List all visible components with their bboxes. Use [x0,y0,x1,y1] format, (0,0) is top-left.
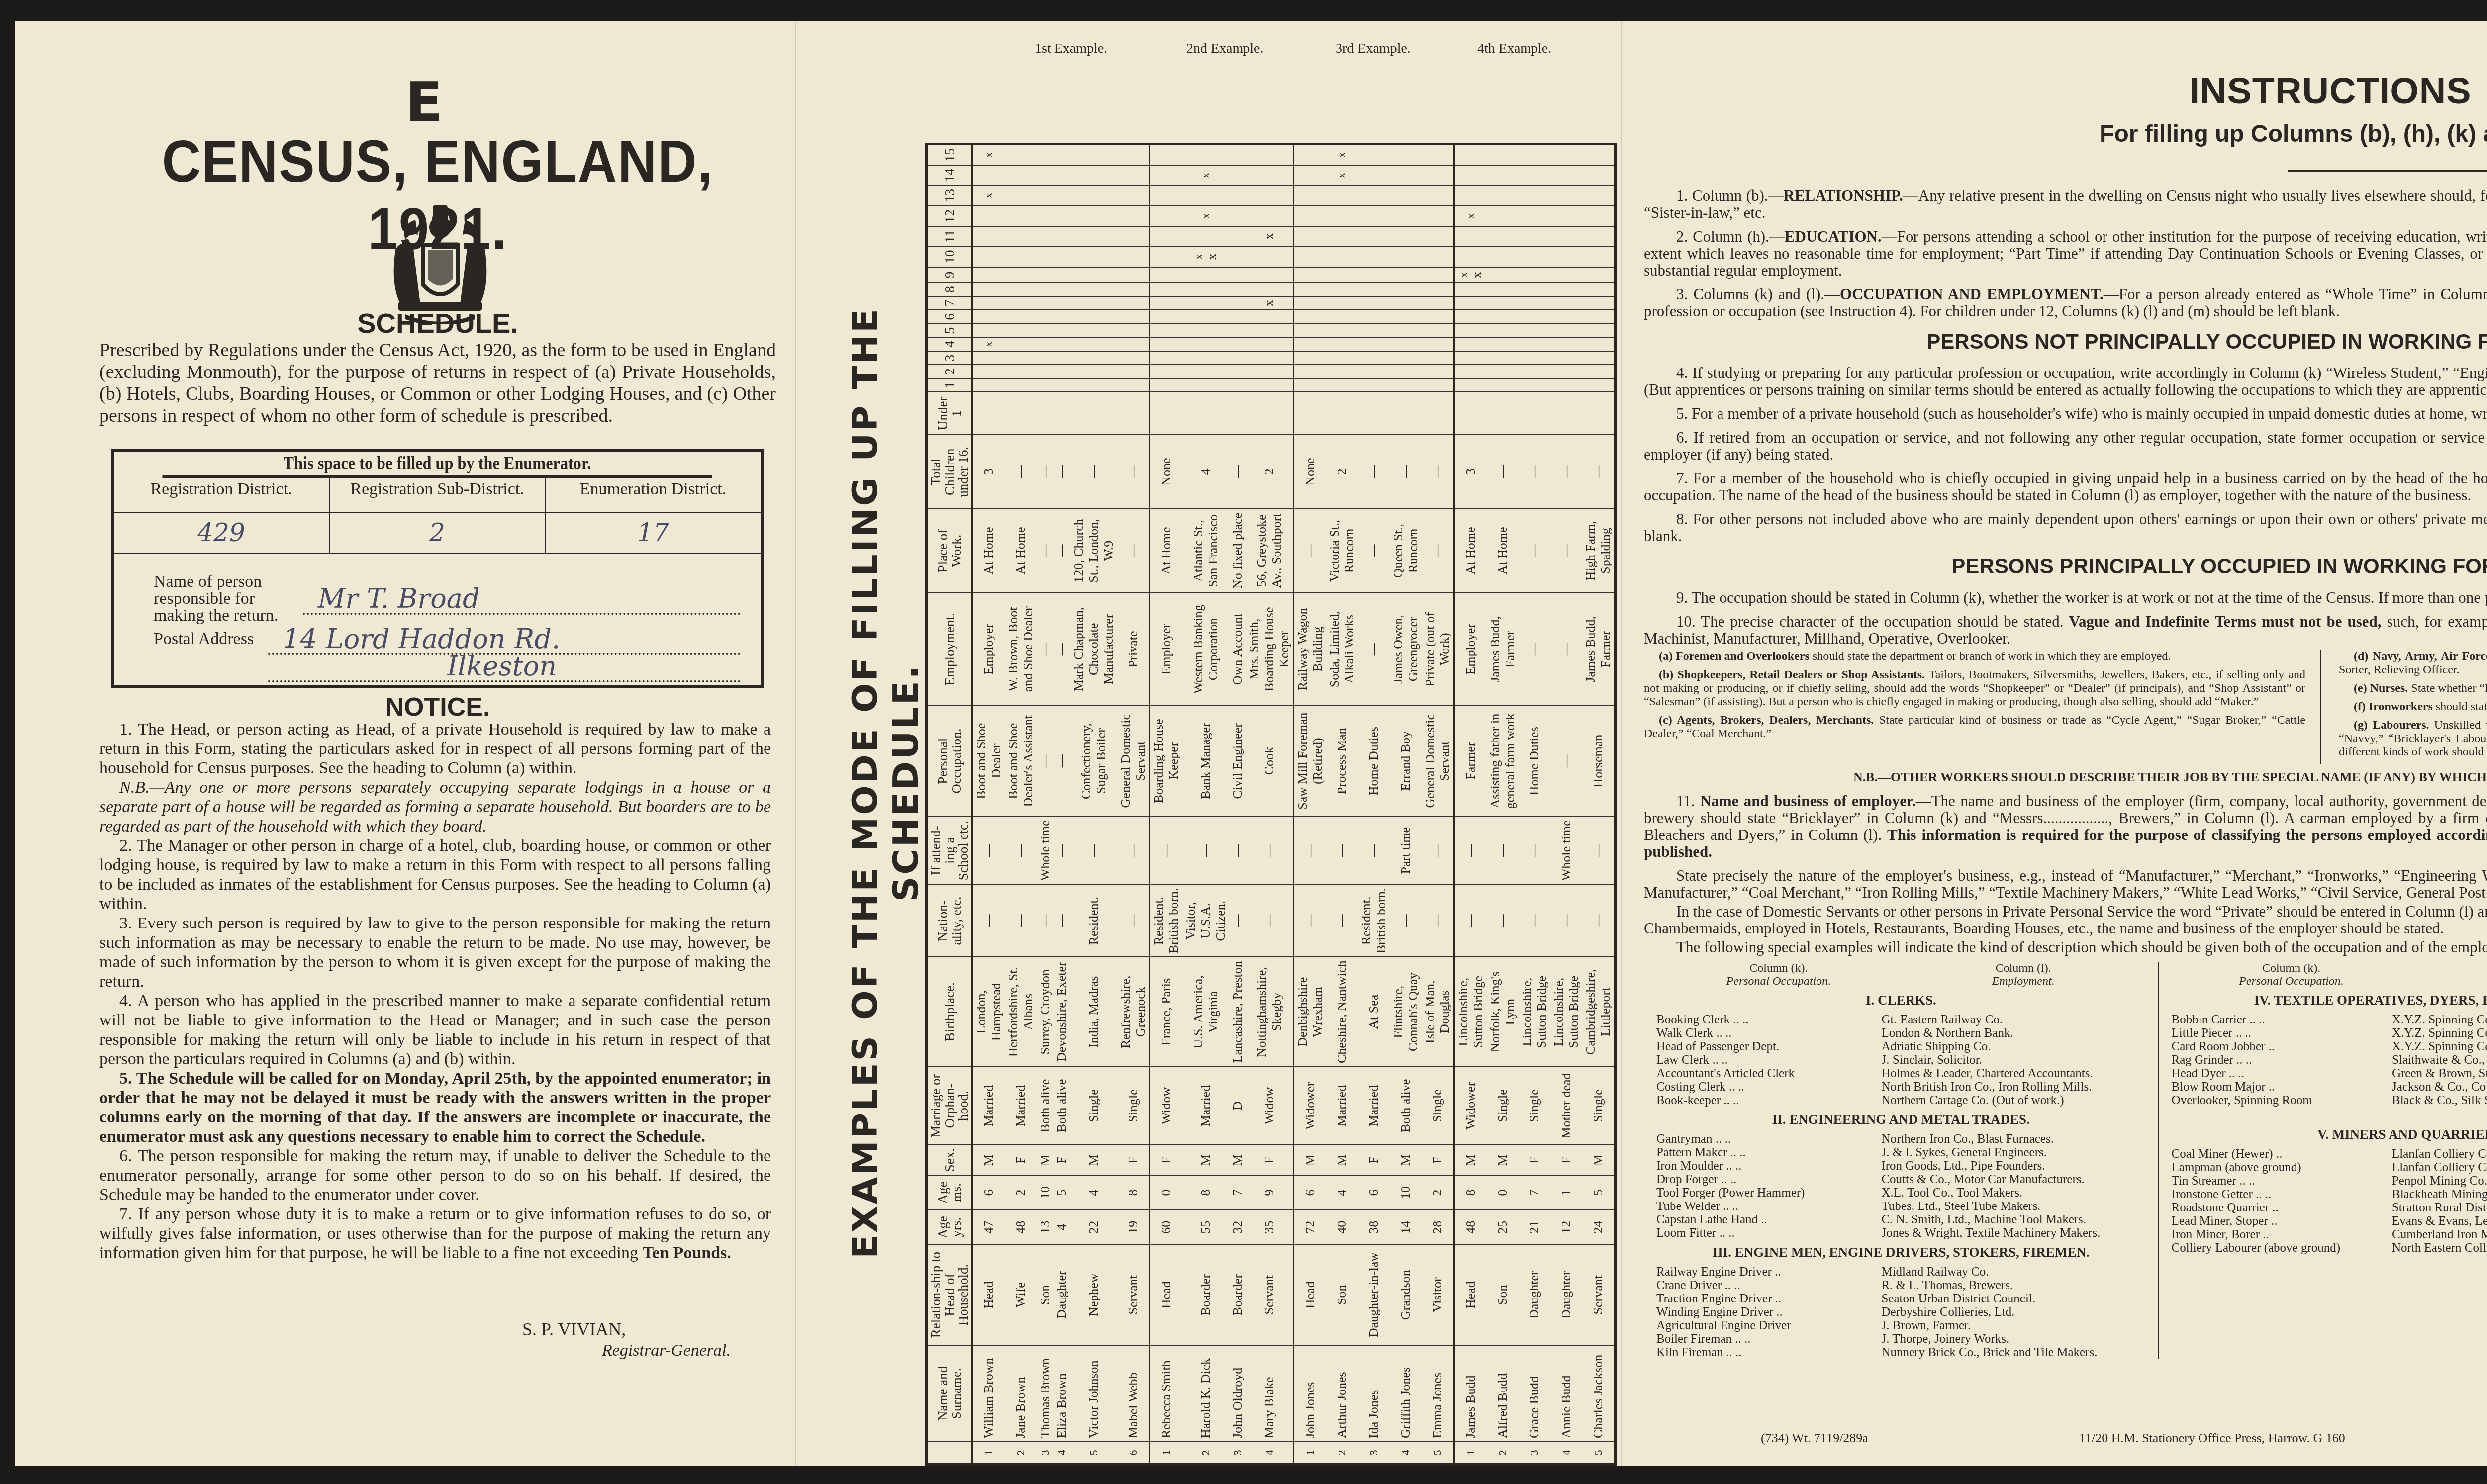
subrule-d: (d) Navy, Army, Air Force, Civil Service… [2339,650,2487,677]
occupation-example-row: Drop Forger .. ..Coutts & Co., Motor Car… [1656,1173,2146,1186]
table-row: 3Grace BuddDaughter217FSingleLincolnshir… [1519,144,1550,1465]
column-header: 15 [927,144,972,166]
instructions-title: INSTRUCTIONS [1622,70,2487,112]
instructions-subtitle: For filling up Columns (b), (h), (k) and… [1622,120,2487,148]
occupation-example-row: Winding Engine Driver ..Derbyshire Colli… [1656,1305,2146,1319]
table-row: 1John JonesHead726MWidowerDenbighshire W… [1294,144,1327,1465]
section-heading-not-occupied: PERSONS NOT PRINCIPALLY OCCUPIED IN WORK… [1644,330,2487,354]
occupation-example-row: Pattern Maker .. ..J. & I. Sykes, Genera… [1656,1146,2146,1159]
instructions-panel: INSTRUCTIONS For filling up Columns (b),… [1622,21,2487,1466]
occupation-example-row: Head of Passenger Dept.Adriatic Shipping… [1656,1040,2146,1053]
occupation-example-row: Traction Engine Driver ..Seaton Urban Di… [1656,1292,2146,1305]
instruction-2: 2. Column (h).—EDUCATION.—For persons at… [1644,228,2487,279]
table-row: 5Emma JonesVisitor282FSingleIsle of Man,… [1422,144,1454,1465]
column-header [927,1442,972,1465]
subrule-b: (b) Shopkeepers, Retail Dealers or Shop … [1644,668,2305,709]
column-header: Sex. [927,1145,972,1175]
postal-address-label: Postal Address [154,631,268,648]
instruction-1: 1. Column (b).—RELATIONSHIP.—Any relativ… [1644,187,2487,221]
table-row: 3Thomas BrownSon1310MBoth aliveSurrey, C… [1037,144,1053,1465]
occupation-example-row: Roadstone Quarrier ..Stratton Rural Dist… [2172,1201,2487,1214]
instructions-body: 1. Column (b).—RELATIONSHIP.—Any relativ… [1644,187,2487,1359]
schedule-letter: E [405,71,442,134]
occupation-example-row: Booking Clerk .. ..Gt. Eastern Railway C… [1656,1013,2146,1026]
enumerator-box-heading: This space to be filled up by the Enumer… [163,452,712,478]
occupation-example-row: Law Clerk .. ..J. Sinclair, Solicitor. [1656,1053,2146,1067]
column-header: Employment. [927,593,972,706]
occupation-example-row: Costing Clerk .. ..North British Iron Co… [1656,1080,2146,1094]
table-row: 2Jane BrownWife482FMarriedHertfordshire,… [1005,144,1037,1465]
table-row: 4Mary BlakeServant359FWidowNottinghamshi… [1246,144,1294,1465]
column-header: Place of Work. [927,509,972,593]
instruction-5: 5. For a member of a private household (… [1644,405,2487,422]
column-header: Birthplace. [927,957,972,1067]
occupation-example-row: Blow Room Major ..Jackson & Co., Cotton … [2172,1080,2487,1094]
cover-panel: E CENSUS, ENGLAND, 1921. SCHEDULE. Presc… [15,21,796,1466]
occupation-example-row: Tin Streamer .. ..Penpol Mining Co., Tin… [2172,1174,2487,1188]
occupation-example-row: Railway Engine Driver ..Midland Railway … [1656,1265,2146,1279]
column-header: If attend-ing a School etc. [927,817,972,885]
occupation-example-row: Ironstone Getter .. ..Blackheath Mining … [2172,1188,2487,1201]
notice-heading: NOTICE. [90,692,786,722]
column-header: Under 1 [927,392,972,435]
column-header: Relation-ship to Head of Household. [927,1245,972,1345]
occupation-example-row: Tube Welder .. ..Tubes, Ltd., Steel Tube… [1656,1200,2146,1213]
column-header: 12 [927,206,972,226]
examples-table-wrapper: Name and Surname.Relation-ship to Head o… [925,143,1617,1466]
instruction-6: 6. If retired from an occupation or serv… [1644,429,2487,463]
instruction-4: 4. If studying or preparing for any part… [1644,365,2487,398]
table-row: 2Arthur JonesSon404MMarriedCheshire, Nan… [1326,144,1358,1465]
occupation-group-heading: I. CLERKS. [1656,993,2146,1008]
occupation-example-row: Card Room Jobber ..X.Y.Z. Spinning Co., … [2172,1040,2487,1053]
subrule-e: (e) Nurses. State whether “Nurse (Domest… [2339,682,2487,695]
enumeration-district-field[interactable]: Enumeration District. 17 [546,478,761,553]
registration-district-field[interactable]: Registration District. 429 [114,478,330,553]
subrule-g: (g) Labourers. Unskilled workers usually… [2339,719,2487,759]
column-heads: Column (k).Personal Occupation.Column (l… [1656,962,2146,988]
table-row: 6Mabel WebbServant198FSingleRenfrewshire… [1117,144,1150,1465]
instruction-7: 7. For a member of the household who is … [1644,470,2487,504]
table-row: 3John OldroydBoarder327MDLancashire, Pre… [1229,144,1246,1465]
examples-table: Name and Surname.Relation-ship to Head o… [925,143,1617,1466]
occupation-group-heading: IV. TEXTILE OPERATIVES, DYERS, BLEACHERS… [2172,993,2487,1008]
registration-sub-district-field[interactable]: Registration Sub-District. 2 [330,478,546,553]
responsible-person-label: Name of person responsible for making th… [154,573,303,624]
column-header: 1 [927,378,972,392]
printer-imprint: 11/20 H.M. Stationery Office Press, Harr… [2079,1431,2345,1446]
instruction-9: 9. The occupation should be stated in Co… [1644,589,2487,606]
column-header: 7 [927,296,972,310]
table-row: 1Rebecca SmithHead600FWidowFrance, Paris… [1150,144,1183,1465]
column-header: 4 [927,337,972,351]
example-label-3: 3rd Example. [1336,41,1411,71]
table-row: 2Harold K. DickBoarder558MMarriedU.S. Am… [1182,144,1229,1465]
instruction-11: 11. Name and business of employer.—The n… [1644,793,2487,860]
instruction-8: 8. For other persons not included above … [1644,511,2487,545]
subrule-a: (a) Foremen and Overlookers should state… [1644,650,2305,663]
column-header: 10 [927,246,972,267]
example-label-4: 4th Example. [1477,41,1551,71]
table-row: 4Griffith JonesGrandson1410MBoth aliveFl… [1390,144,1422,1465]
occupation-example-row: Rag Grinder .. ..Slaithwaite & Co., Shod… [2172,1053,2487,1067]
column-header: 3 [927,351,972,365]
occupation-example-row: Coal Miner (Hewer) ..Llanfan Colliery Co… [2172,1147,2487,1161]
occupation-example-row: Agricultural Engine DriverJ. Brown, Farm… [1656,1319,2146,1332]
occupation-example-row: Little Piecer .. ..X.Y.Z. Spinning Co., … [2172,1026,2487,1040]
table-row: 1James BuddHead488MWidowerLincolnshire, … [1454,144,1487,1465]
column-header: 14 [927,165,972,185]
occupation-example-row: Bobbin Carrier .. ..X.Y.Z. Spinning Co.,… [2172,1013,2487,1026]
subrule-f: (f) Ironworkers should state whether Pud… [2339,700,2487,714]
registration-sub-district-value: 2 [330,513,545,553]
occupation-example-row: Accountant's Articled ClerkHolmes & Lead… [1656,1067,2146,1080]
nb-other-workers: N.B.—OTHER WORKERS SHOULD DESCRIBE THEIR… [1644,770,2487,785]
occupation-subrules: (a) Foremen and Overlookers should state… [1644,650,2487,764]
table-row: 5Charles JacksonServant245MSingleCambrid… [1582,144,1616,1465]
occupation-example-row: Colliery Labourer (above ground)North Ea… [2172,1241,2487,1255]
occupation-example-row: Lead Miner, Stoper ..Evans & Evans, Lead… [2172,1214,2487,1228]
column-heads: Column (k).Personal Occupation.Column (l… [2172,962,2487,988]
signature-title: Registrar-General. [602,1341,731,1360]
coat-of-arms-icon [385,200,495,324]
column-header: Name and Surname. [927,1345,972,1442]
occupation-example-row: Walk Clerk .. ..London & Northern Bank. [1656,1026,2146,1040]
column-header: 13 [927,185,972,206]
signature-name: S. P. VIVIAN, [522,1319,626,1340]
occupation-group-heading: III. ENGINE MEN, ENGINE DRIVERS, STOKERS… [1656,1245,2146,1260]
postal-address-line2-field[interactable]: Ilkeston [268,650,741,682]
table-row: 3Ida JonesDaughter-in-law386FMarriedAt S… [1358,144,1390,1465]
prescribed-text: Prescribed by Regulations under the Cens… [99,339,776,427]
occupation-group-heading: II. ENGINEERING AND METAL TRADES. [1656,1112,2146,1127]
column-header: Total Children under 16. [927,435,972,509]
enumeration-district-value: 17 [546,513,761,553]
responsible-person-field[interactable]: Name of person responsible for making th… [154,573,741,624]
occupation-group-heading: V. MINERS AND QUARRIERS. [2172,1127,2487,1142]
column-header: Personal Occupation. [927,706,972,817]
table-row: 4Eliza BrownDaughter45FBoth aliveDevonsh… [1053,144,1070,1465]
column-header: Age ms. [927,1175,972,1210]
table-row: 5Victor JohnsonNephew224MSingleIndia, Ma… [1070,144,1117,1465]
occupation-example-row: Iron Miner, Borer ..Cumberland Iron Mini… [2172,1228,2487,1241]
occupation-example-row: Head Dyer .. ..Green & Brown, Stuff Manu… [2172,1067,2487,1080]
notice-text: 1. The Head, or person acting as Head, o… [99,720,771,1263]
column-header: 5 [927,324,972,338]
column-header: 6 [927,310,972,324]
column-header: Age yrs. [927,1210,972,1245]
occupation-example-row: Capstan Lathe Hand ..C. N. Smith, Ltd., … [1656,1213,2146,1226]
census-schedule-sheet: E CENSUS, ENGLAND, 1921. SCHEDULE. Presc… [15,21,2487,1466]
example-label-2: 2nd Example. [1186,41,1264,71]
column-header: Nation-ality, etc. [927,885,972,957]
divider [2288,170,2487,172]
occupation-column-1: Column (k).Personal Occupation.Column (l… [1644,962,2159,1359]
occupation-examples: Column (k).Personal Occupation.Column (l… [1644,962,2487,1359]
subrule-c: (c) Agents, Brokers, Dealers, Merchants.… [1644,714,2305,741]
column-header: 11 [927,226,972,246]
table-row: 2Alfred BuddSon250MSingleNorfolk, King's… [1487,144,1519,1465]
print-code: (734) Wt. 7119/289a [1761,1431,1868,1446]
example-label-1: 1st Example. [1035,41,1107,71]
occupation-example-row: Boiler Fireman .. ..J. Thorpe, Joinery W… [1656,1332,2146,1346]
occupation-example-row: Kiln Fireman .. ..Nunnery Brick Co., Bri… [1656,1346,2146,1359]
occupation-example-row: Lampman (above ground)Llanfan Colliery C… [2172,1161,2487,1174]
occupation-example-row: Overlooker, Spinning RoomBlack & Co., Si… [2172,1094,2487,1107]
instruction-3: 3. Columns (k) and (l).—OCCUPATION AND E… [1644,286,2487,320]
postal-address-line2: Ilkeston [268,650,741,682]
column-header: 9 [927,267,972,282]
column-header: 2 [927,365,972,378]
schedule-heading: SCHEDULE. [90,307,786,339]
enumerator-box: This space to be filled up by the Enumer… [111,449,764,688]
occupation-example-row: Iron Moulder .. ..Iron Goods, Ltd., Pipe… [1656,1159,2146,1173]
table-row: 4Annie BuddDaughter121FMother deadLincol… [1550,144,1582,1465]
occupation-example-row: Crane Driver .. ..R. & L. Thomas, Brewer… [1656,1279,2146,1292]
examples-title: EXAMPLES OF THE MODE OF FILLING UP THE S… [845,186,926,1380]
occupation-example-row: Loom Fitter .. ..Jones & Wright, Textile… [1656,1226,2146,1240]
examples-panel: 1st Example. 2nd Example. 3rd Example. 4… [796,21,1622,1466]
column-header: 8 [927,282,972,296]
occupation-example-row: Gantryman .. ..Northern Iron Co., Blast … [1656,1132,2146,1146]
table-row: 1William BrownHead476MMarriedLondon, Ham… [972,144,1005,1465]
instruction-10: 10. The precise character of the occupat… [1644,613,2487,647]
responsible-person-value: Mr T. Broad [303,583,741,615]
occupation-column-2: Column (k).Personal Occupation.Column (l… [2159,962,2487,1359]
column-header: Marriage or Orphan-hood. [927,1067,972,1145]
occupation-example-row: Book-keeper .. ..Northern Cartage Co. (O… [1656,1094,2146,1107]
registration-district-value: 429 [114,513,329,553]
occupation-example-row: Tool Forger (Power Hammer)X.L. Tool Co.,… [1656,1186,2146,1200]
section-heading-occupied: PERSONS PRINCIPALLY OCCUPIED IN WORKING … [1644,555,2487,578]
